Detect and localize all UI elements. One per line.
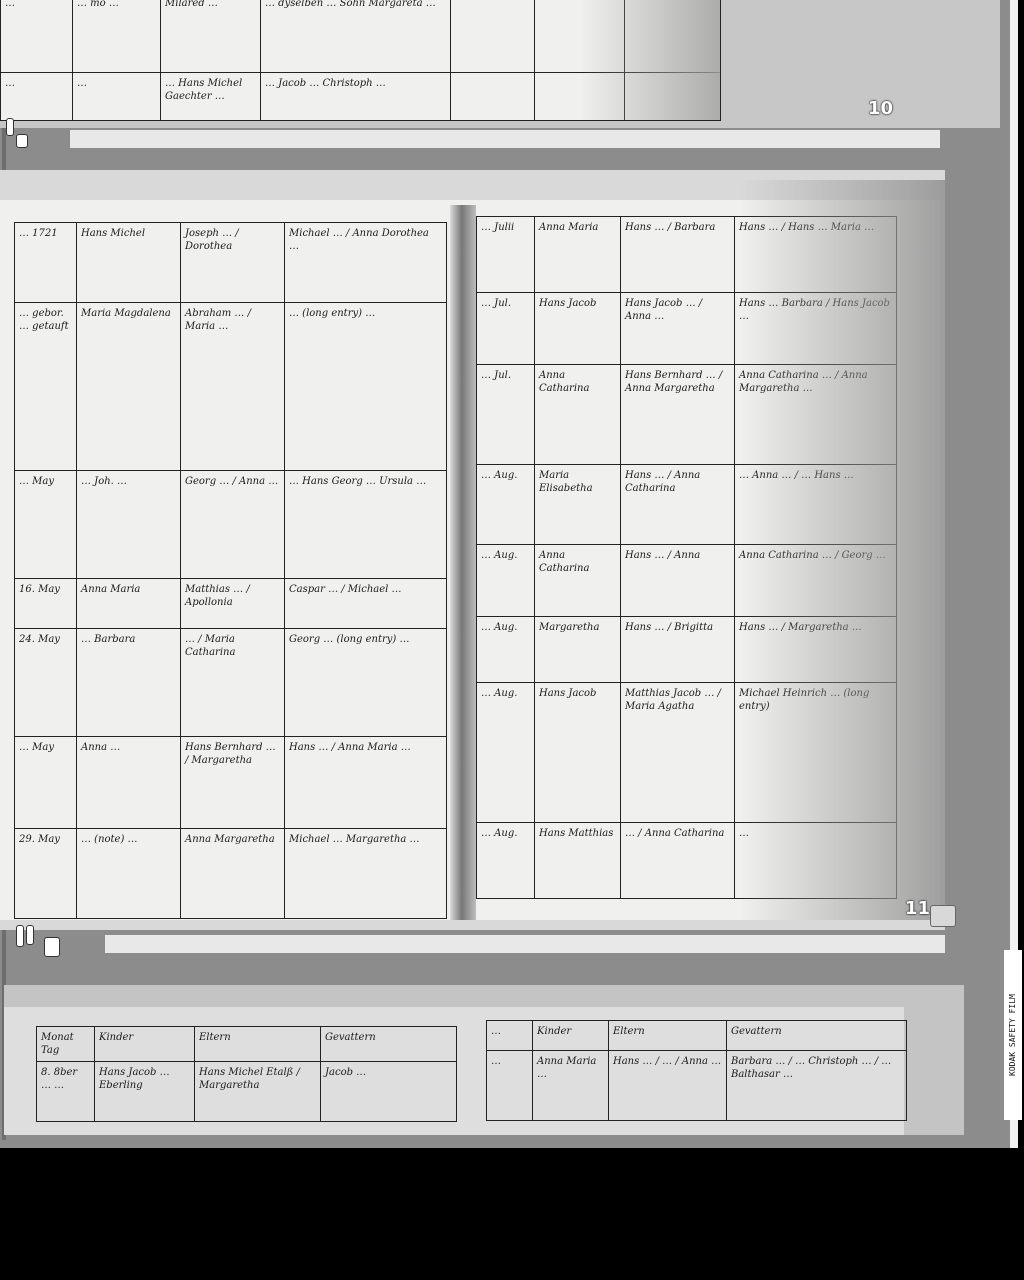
child-cell: Anna Maria bbox=[535, 217, 621, 293]
frame-number: 10 bbox=[868, 98, 893, 119]
date-cell: … Aug. bbox=[477, 545, 535, 617]
date-cell: … Jul. bbox=[477, 365, 535, 465]
date-cell: 24. May bbox=[15, 629, 77, 737]
parents-cell: Hans … / Anna Catharina bbox=[621, 465, 735, 545]
child-cell: … Joh. … bbox=[77, 471, 181, 579]
table-row: 8. 8ber … … Hans Jacob … Eberling Hans M… bbox=[37, 1062, 457, 1122]
header-parents: Eltern bbox=[609, 1021, 727, 1051]
film-gap-bar bbox=[105, 935, 945, 953]
cell bbox=[625, 0, 721, 73]
table-row: … Anna Maria … Hans … / … / Anna … Barba… bbox=[487, 1051, 907, 1121]
table-row: … gebor. … getauft Maria Magdalena Abrah… bbox=[15, 303, 447, 471]
table-row: 24. May … Barbara … / Maria Catharina Ge… bbox=[15, 629, 447, 737]
date-cell: 16. May bbox=[15, 579, 77, 629]
header-date: … 1721 bbox=[15, 223, 77, 303]
exposure-gradient bbox=[740, 180, 945, 920]
parents-cell: Hans Bernhard … / Margaretha bbox=[181, 737, 285, 829]
child-cell: Anna … bbox=[77, 737, 181, 829]
parents-cell: Georg … / Anna … bbox=[181, 471, 285, 579]
parents-cell: Hans … / … / Anna … bbox=[609, 1051, 727, 1121]
godparents-cell: … (long entry) … bbox=[285, 303, 447, 471]
cell bbox=[535, 73, 625, 121]
header-parents: Eltern bbox=[195, 1027, 321, 1062]
parents-cell: Matthias … / Apollonia bbox=[181, 579, 285, 629]
cell bbox=[535, 0, 625, 73]
parents-cell: Hans Jacob … / Anna … bbox=[621, 293, 735, 365]
child-cell: Anna Catharina bbox=[535, 365, 621, 465]
cell: … bbox=[1, 0, 73, 73]
cell: Milared … bbox=[161, 0, 261, 73]
film-edge-label: KODAK SAFETY FILM bbox=[1004, 950, 1022, 1120]
parents-cell: Hans Bernhard … / Anna Margaretha bbox=[621, 365, 735, 465]
register-table-bottom-right: … Kinder Eltern Gevattern … Anna Maria …… bbox=[486, 1020, 907, 1121]
cell: … Jacob … Christoph … bbox=[261, 73, 451, 121]
header-godparents: Michael … / Anna Dorothea … bbox=[285, 223, 447, 303]
page-fragment: … … mo … Milared … … dyselben … Sohn Mar… bbox=[0, 0, 720, 120]
parents-cell: Hans … / Brigitta bbox=[621, 617, 735, 683]
child-cell: Maria Elisabetha bbox=[535, 465, 621, 545]
parents-cell: … / Anna Catharina bbox=[621, 823, 735, 899]
child-cell: Hans Matthias bbox=[535, 823, 621, 899]
cell: … bbox=[1, 73, 73, 121]
cell: … Hans Michel Gaechter … bbox=[161, 73, 261, 121]
book-spine bbox=[450, 205, 476, 920]
date-cell: … bbox=[487, 1051, 533, 1121]
date-cell: … Aug. bbox=[477, 823, 535, 899]
frame-top-fragment: … … mo … Milared … … dyselben … Sohn Mar… bbox=[0, 0, 1000, 128]
godparents-cell: Michael … Margaretha … bbox=[285, 829, 447, 919]
frame-number: 11 bbox=[905, 898, 930, 919]
header-date: Monat Tag bbox=[37, 1027, 95, 1062]
parents-cell: Hans Michel Etalß / Margaretha bbox=[195, 1062, 321, 1122]
child-cell: Hans Jacob bbox=[535, 683, 621, 823]
cell: … bbox=[73, 73, 161, 121]
parents-cell: Anna Margaretha bbox=[181, 829, 285, 919]
register-table-top: … … mo … Milared … … dyselben … Sohn Mar… bbox=[0, 0, 721, 121]
header-godparents: Gevattern bbox=[727, 1021, 907, 1051]
parents-cell: Abraham … / Maria … bbox=[181, 303, 285, 471]
microfilm-strip: … … mo … Milared … … dyselben … Sohn Mar… bbox=[0, 0, 1018, 1148]
date-cell: … Julii bbox=[477, 217, 535, 293]
header-godparents: Gevattern bbox=[321, 1027, 457, 1062]
header-child: Kinder bbox=[533, 1021, 609, 1051]
date-cell: … May bbox=[15, 737, 77, 829]
date-cell: … May bbox=[15, 471, 77, 579]
register-table-left-page: … 1721 Hans Michel Joseph … / Dorothea M… bbox=[14, 222, 447, 919]
perforation-mark bbox=[6, 118, 14, 136]
table-row: … May … Joh. … Georg … / Anna … … Hans G… bbox=[15, 471, 447, 579]
film-label-patch bbox=[930, 905, 956, 927]
child-cell: … (note) … bbox=[77, 829, 181, 919]
date-cell: … Jul. bbox=[477, 293, 535, 365]
child-cell: Anna Maria … bbox=[533, 1051, 609, 1121]
perforation-mark bbox=[16, 134, 28, 148]
film-gap-bar bbox=[70, 130, 940, 148]
godparents-cell: Hans … / Anna Maria … bbox=[285, 737, 447, 829]
header-parents: Joseph … / Dorothea bbox=[181, 223, 285, 303]
header-date: … bbox=[487, 1021, 533, 1051]
date-cell: 29. May bbox=[15, 829, 77, 919]
table-row: 29. May … (note) … Anna Margaretha Micha… bbox=[15, 829, 447, 919]
child-cell: Anna Catharina bbox=[535, 545, 621, 617]
date-cell: … Aug. bbox=[477, 465, 535, 545]
child-cell: Hans Jacob … Eberling bbox=[95, 1062, 195, 1122]
child-cell: Margaretha bbox=[535, 617, 621, 683]
parents-cell: … / Maria Catharina bbox=[181, 629, 285, 737]
parents-cell: Matthias Jacob … / Maria Agatha bbox=[621, 683, 735, 823]
godparents-cell: Barbara … / … Christoph … / … Balthasar … bbox=[727, 1051, 907, 1121]
child-cell: … Barbara bbox=[77, 629, 181, 737]
child-cell: Anna Maria bbox=[77, 579, 181, 629]
perforation-mark bbox=[16, 925, 24, 947]
header-child: Hans Michel bbox=[77, 223, 181, 303]
child-cell: Hans Jacob bbox=[535, 293, 621, 365]
godparents-cell: … Hans Georg … Ursula … bbox=[285, 471, 447, 579]
scanner-background bbox=[0, 1148, 1024, 1280]
cell: … dyselben … Sohn Margareta … bbox=[261, 0, 451, 73]
parents-cell: Hans … / Anna bbox=[621, 545, 735, 617]
table-row: 16. May Anna Maria Matthias … / Apolloni… bbox=[15, 579, 447, 629]
date-cell: … Aug. bbox=[477, 683, 535, 823]
perforation-mark bbox=[44, 937, 60, 957]
godparents-cell: Caspar … / Michael … bbox=[285, 579, 447, 629]
date-cell: … gebor. … getauft bbox=[15, 303, 77, 471]
cell: … mo … bbox=[73, 0, 161, 73]
parents-cell: Hans … / Barbara bbox=[621, 217, 735, 293]
perforation-mark bbox=[26, 925, 34, 945]
cell bbox=[451, 0, 535, 73]
date-cell: 8. 8ber … … bbox=[37, 1062, 95, 1122]
date-cell: … Aug. bbox=[477, 617, 535, 683]
godparents-cell: Georg … (long entry) … bbox=[285, 629, 447, 737]
header-child: Kinder bbox=[95, 1027, 195, 1062]
register-table-bottom-left: Monat Tag Kinder Eltern Gevattern 8. 8be… bbox=[36, 1026, 457, 1122]
godparents-cell: Jacob … bbox=[321, 1062, 457, 1122]
table-row: … May Anna … Hans Bernhard … / Margareth… bbox=[15, 737, 447, 829]
child-cell: Maria Magdalena bbox=[77, 303, 181, 471]
table-header-row: … 1721 Hans Michel Joseph … / Dorothea M… bbox=[15, 223, 447, 303]
cell bbox=[625, 73, 721, 121]
cell bbox=[451, 73, 535, 121]
